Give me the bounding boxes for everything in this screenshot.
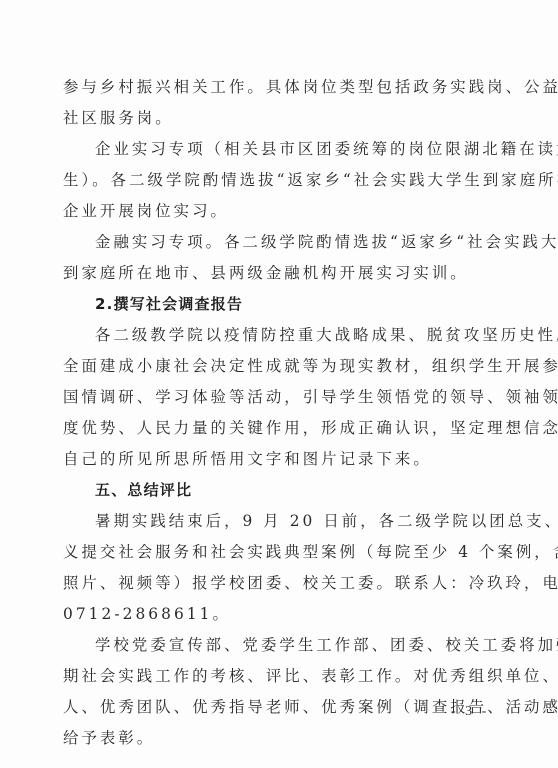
text-line: 自己的所见所思所悟用文字和图片记录下来。 [63,444,495,475]
text-line: 企业实习专项（相关县市区团委统筹的岗位限湖北籍在读大学 [63,134,495,165]
text-line: 国情调研、学习体验等活动，引导学生领悟党的领导、领袖领航、制 [63,382,495,413]
text-line: 社区服务岗。 [63,103,495,134]
section-heading-summary-evaluation: 五、总结评比 [63,475,495,506]
text-line: 参与乡村振兴相关工作。具体岗位类型包括政务实践岗、公益服务岗、 [63,72,495,103]
text-line: 0712-2868611。 [63,599,495,630]
text-line: 金融实习专项。各二级学院酌情选拔“返家乡“社会实践大学生 [63,227,495,258]
text-line: 学校党委宣传部、党委学生工作部、团委、校关工委将加强对暑 [63,630,495,661]
text-line: 度优势、人民力量的关键作用，形成正确认识，坚定理想信念，并将 [63,413,495,444]
page-number: - 3 - [451,704,489,720]
text-line: 照片、视频等）报学校团委、校关工委。联系人：冷玖玲，电话： [63,568,495,599]
text-line: 生）。各二级学院酌情选拔“返家乡“社会实践大学生到家庭所在地 [63,165,495,196]
text-line: 给予表彰。 [63,723,495,754]
text-line: 期社会实践工作的考核、评比、表彰工作。对优秀组织单位、先进个 [63,661,495,692]
text-line: 义提交社会服务和社会实践典型案例（每院至少 4 个案例，含文字、 [63,537,495,568]
text-line: 人、优秀团队、优秀指导老师、优秀案例（调查报告、活动感悟等） [63,692,495,723]
text-line: 暑期实践结束后，9 月 20 日前，各二级学院以团总支、关工委名 [63,506,495,537]
text-line: 各二级教学院以疫情防控重大战略成果、脱贫攻坚历史性成果、 [63,320,495,351]
text-line: 全面建成小康社会决定性成就等为现实教材，组织学生开展参观考察、 [63,351,495,382]
text-line: 到家庭所在地市、县两级金融机构开展实习实训。 [63,258,495,289]
section-heading-survey-report: 2.撰写社会调查报告 [63,289,495,320]
text-line: 企业开展岗位实习。 [63,196,495,227]
document-page: 参与乡村振兴相关工作。具体岗位类型包括政务实践岗、公益服务岗、 社区服务岗。 企… [63,72,495,754]
